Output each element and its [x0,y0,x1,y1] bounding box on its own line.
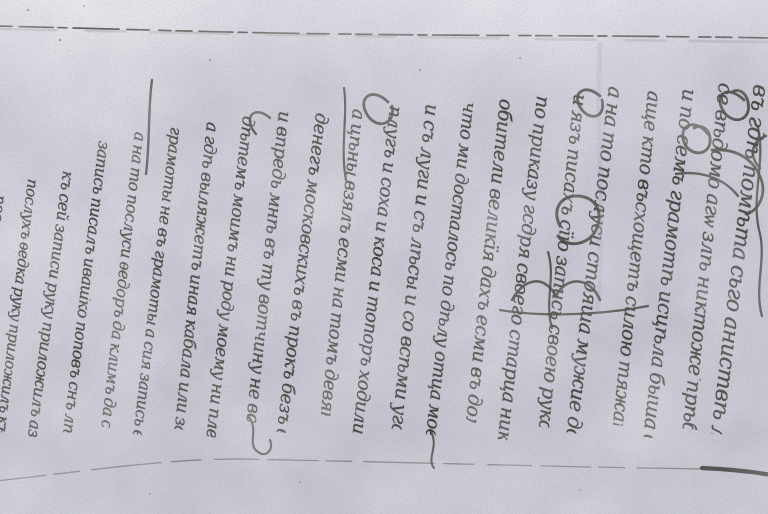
ink-speck [27,9,29,11]
ink-speck [299,481,301,483]
manuscript-photo: въ гдѣ помѣта сьго аниствѣ ложе хвалтъ б… [0,0,768,514]
ink-speck [579,489,581,491]
ink-speck [209,59,211,61]
bottom-crease-line [0,459,704,481]
top-fold-line [0,26,768,38]
flourish-stroke [146,80,152,174]
ink-speck [59,39,61,41]
flourish-stroke [430,430,434,468]
ink-speck [419,69,421,71]
top-fold-echo [0,29,768,42]
ink-speck [149,493,151,495]
bottom-edge-dash [702,468,768,475]
ink-speck [83,5,85,7]
ink-speck [519,57,521,59]
